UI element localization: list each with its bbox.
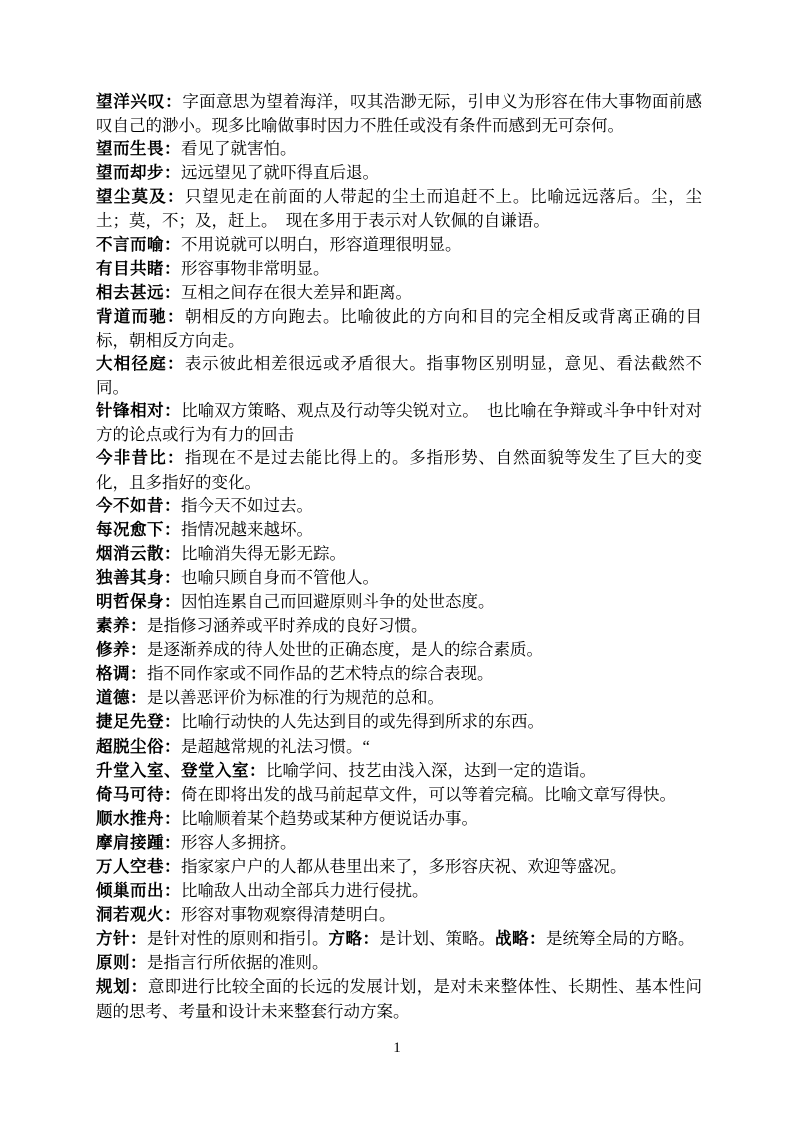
term-text: 摩肩接踵： <box>96 834 181 852</box>
page-number: 1 <box>393 1040 401 1056</box>
term-text: 望而却步： <box>96 164 181 182</box>
term-text: 针锋相对： <box>96 402 181 420</box>
entry-paragraph: 规划：意即进行比较全面的长远的发展计划，是对未来整体性、长期性、基本性问题的思考… <box>96 975 702 1022</box>
term-text: 捷足先登： <box>96 713 181 731</box>
definition-text: 指情况越来越坏。 <box>181 520 313 539</box>
term-text: 背道而驰： <box>96 308 185 326</box>
term-text: 万人空巷： <box>96 858 181 876</box>
term-text: 大相径庭： <box>96 355 185 373</box>
definition-text: 也喻只顾自身而不管他人。 <box>181 568 379 587</box>
entry-paragraph: 望而却步：远远望见了就吓得直后退。 <box>96 161 702 185</box>
definition-text: 互相之间存在很大差异和距离。 <box>181 283 412 302</box>
definition-text: 表示彼此相差很远或矛盾很大。指事物区别明显，意见、看法截然不同。 <box>96 354 702 397</box>
entry-paragraph: 格调：指不同作家或不同作品的艺术特点的综合表现。 <box>96 662 702 686</box>
definition-text: 倚在即将出发的战马前起草文件，可以等着完稿。比喻文章写得快。 <box>181 785 676 804</box>
definition-text: 比喻消失得无影无踪。 <box>181 544 346 563</box>
term-text: 战略： <box>495 930 546 948</box>
entry-paragraph: 摩肩接踵：形容人多拥挤。 <box>96 831 702 855</box>
entry-paragraph: 捷足先登：比喻行动快的人先达到目的或先得到所求的东西。 <box>96 710 702 734</box>
definition-text: 意即进行比较全面的长远的发展计划，是对未来整体性、长期性、基本性问题的思考、考量… <box>96 977 702 1020</box>
term-text: 洞若观火： <box>96 906 181 924</box>
term-text: 望洋兴叹： <box>96 93 182 111</box>
definition-text: 是统筹全局的方略。 <box>546 929 695 948</box>
term-text: 相去甚远： <box>96 284 181 302</box>
term-text: 烟消云散： <box>96 545 181 563</box>
term-text: 有目共睹： <box>96 260 181 278</box>
term-text: 修养： <box>96 641 147 659</box>
term-text: 今不如昔： <box>96 497 181 515</box>
definition-text: 是逐渐养成的待人处世的正确态度，是人的综合素质。 <box>147 640 543 659</box>
definition-text: 看见了就害怕。 <box>181 139 297 158</box>
entry-paragraph: 倚马可待：倚在即将出发的战马前起草文件，可以等着完稿。比喻文章写得快。 <box>96 783 702 807</box>
term-text: 原则： <box>96 954 147 972</box>
entry-paragraph: 修养：是逐渐养成的待人处世的正确态度，是人的综合素质。 <box>96 638 702 662</box>
entry-paragraph: 独善其身：也喻只顾自身而不管他人。 <box>96 566 702 590</box>
entry-paragraph: 针锋相对：比喻双方策略、观点及行动等尖锐对立。 也比喻在争辩或斗争中针对对方的论… <box>96 399 702 446</box>
definition-text: 比喻敌人出动全部兵力进行侵扰。 <box>181 881 429 900</box>
definition-text: 是针对性的原则和指引。 <box>147 929 329 948</box>
term-text: 格调： <box>96 665 147 683</box>
entry-paragraph: 素养：是指修习涵养或平时养成的良好习惯。 <box>96 614 702 638</box>
definition-text: 是指言行所依据的准则。 <box>147 953 329 972</box>
term-text: 独善其身： <box>96 569 181 587</box>
entry-paragraph: 万人空巷：指家家户户的人都从巷里出来了，多形容庆祝、欢迎等盛况。 <box>96 855 702 879</box>
term-text: 不言而喻： <box>96 236 181 254</box>
definition-text: 比喻学问、技艺由浅入深，达到一定的造诣。 <box>266 761 596 780</box>
term-text: 倾巢而出： <box>96 882 181 900</box>
term-text: 素养： <box>96 617 147 635</box>
term-text: 顺水推舟： <box>96 810 181 828</box>
definition-text: 指今天不如过去。 <box>181 496 313 515</box>
entry-paragraph: 不言而喻：不用说就可以明白，形容道理很明显。 <box>96 233 702 257</box>
definition-text: 比喻顺着某个趋势或某种方便说话办事。 <box>181 809 478 828</box>
definition-text: 指现在不是过去能比得上的。多指形势、自然面貌等发生了巨大的变化，且多指好的变化。 <box>96 448 702 491</box>
entry-paragraph: 顺水推舟：比喻顺着某个趋势或某种方便说话办事。 <box>96 807 702 831</box>
entry-paragraph: 明哲保身：因怕连累自己而回避原则斗争的处世态度。 <box>96 590 702 614</box>
term-text: 方针： <box>96 930 147 948</box>
term-text: 升堂入室、登堂入室： <box>96 762 266 780</box>
definition-text: 是以善恶评价为标准的行为规范的总和。 <box>147 688 444 707</box>
definition-text: 是指修习涵养或平时养成的良好习惯。 <box>147 616 428 635</box>
entry-paragraph: 每况愈下：指情况越来越坏。 <box>96 518 702 542</box>
definition-text: 字面意思为望着海洋，叹其浩渺无际，引申义为形容在伟大事物面前感叹自己的渺小。现多… <box>96 92 702 135</box>
definition-text: 是计划、策略。 <box>380 929 496 948</box>
definition-text: 比喻双方策略、观点及行动等尖锐对立。 也比喻在争辩或斗争中针对对方的论点或行为有… <box>96 401 702 444</box>
entry-paragraph: 大相径庭：表示彼此相差很远或矛盾很大。指事物区别明显，意见、看法截然不同。 <box>96 352 702 399</box>
term-text: 望而生畏： <box>96 140 181 158</box>
definition-text: 远远望见了就吓得直后退。 <box>181 163 379 182</box>
term-text: 望尘莫及： <box>96 188 185 206</box>
entry-paragraph: 烟消云散：比喻消失得无影无踪。 <box>96 542 702 566</box>
definition-text: 不用说就可以明白，形容道理很明显。 <box>181 235 462 254</box>
document-page: 望洋兴叹：字面意思为望着海洋，叹其浩渺无际，引申义为形容在伟大事物面前感叹自己的… <box>0 0 794 1123</box>
entry-paragraph: 洞若观火：形容对事物观察得清楚明白。 <box>96 903 702 927</box>
term-text: 倚马可待： <box>96 786 181 804</box>
term-text: 今非昔比： <box>96 449 185 467</box>
definition-text: 指家家户户的人都从巷里出来了，多形容庆祝、欢迎等盛况。 <box>181 857 627 876</box>
definition-text: 形容对事物观察得清楚明白。 <box>181 905 396 924</box>
entry-paragraph: 望洋兴叹：字面意思为望着海洋，叹其浩渺无际，引申义为形容在伟大事物面前感叹自己的… <box>96 90 702 137</box>
entry-paragraph: 方针：是针对性的原则和指引。方略：是计划、策略。战略：是统筹全局的方略。 <box>96 927 702 951</box>
definition-text: 形容事物非常明显。 <box>181 259 330 278</box>
term-text: 每况愈下： <box>96 521 181 539</box>
entry-paragraph: 道德：是以善恶评价为标准的行为规范的总和。 <box>96 686 702 710</box>
term-text: 方略： <box>329 930 380 948</box>
definition-text: 指不同作家或不同作品的艺术特点的综合表现。 <box>147 664 494 683</box>
entry-paragraph: 望尘莫及：只望见走在前面的人带起的尘土而追赶不上。比喻远远落后。尘，尘土；莫，不… <box>96 185 702 232</box>
definition-text: 只望见走在前面的人带起的尘土而追赶不上。比喻远远落后。尘，尘土；莫，不；及，赶上… <box>96 187 702 230</box>
entry-paragraph: 超脱尘俗：是超越常规的礼法习惯。“ <box>96 735 702 759</box>
document-body: 望洋兴叹：字面意思为望着海洋，叹其浩渺无际，引申义为形容在伟大事物面前感叹自己的… <box>96 90 702 1023</box>
entry-paragraph: 今不如昔：指今天不如过去。 <box>96 494 702 518</box>
entry-paragraph: 原则：是指言行所依据的准则。 <box>96 951 702 975</box>
term-text: 规划： <box>96 978 148 996</box>
entry-paragraph: 背道而驰：朝相反的方向跑去。比喻彼此的方向和目的完全相反或背离正确的目标，朝相反… <box>96 305 702 352</box>
entry-paragraph: 今非昔比：指现在不是过去能比得上的。多指形势、自然面貌等发生了巨大的变化，且多指… <box>96 446 702 493</box>
entry-paragraph: 有目共睹：形容事物非常明显。 <box>96 257 702 281</box>
entry-paragraph: 升堂入室、登堂入室：比喻学问、技艺由浅入深，达到一定的造诣。 <box>96 759 702 783</box>
definition-text: 形容人多拥挤。 <box>181 833 297 852</box>
term-text: 超脱尘俗： <box>96 738 181 756</box>
definition-text: 比喻行动快的人先达到目的或先得到所求的东西。 <box>181 712 544 731</box>
definition-text: 是超越常规的礼法习惯。“ <box>181 737 370 756</box>
entry-paragraph: 倾巢而出：比喻敌人出动全部兵力进行侵扰。 <box>96 879 702 903</box>
term-text: 道德： <box>96 689 147 707</box>
definition-text: 朝相反的方向跑去。比喻彼此的方向和目的完全相反或背离正确的目标，朝相反方向走。 <box>96 307 702 350</box>
definition-text: 因怕连累自己而回避原则斗争的处世态度。 <box>181 592 495 611</box>
term-text: 明哲保身： <box>96 593 181 611</box>
page-footer: 1 <box>0 1038 794 1058</box>
entry-paragraph: 望而生畏：看见了就害怕。 <box>96 137 702 161</box>
entry-paragraph: 相去甚远：互相之间存在很大差异和距离。 <box>96 281 702 305</box>
